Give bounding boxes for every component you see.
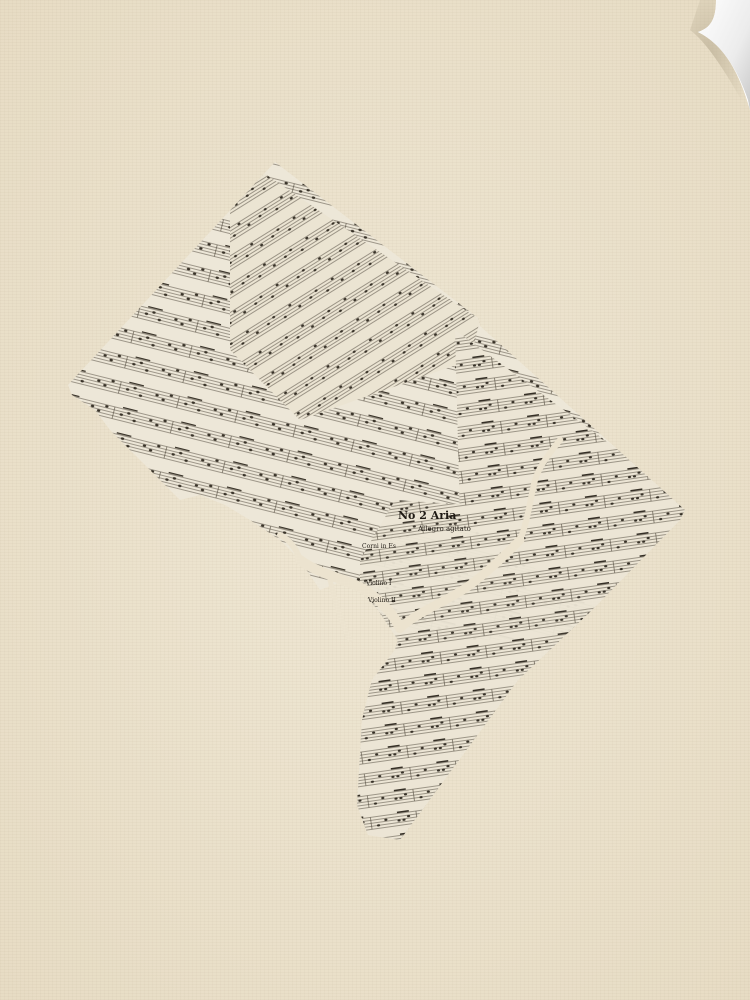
instrument-label-2: Violino I xyxy=(365,580,392,587)
dc-map-silhouette: No 2 Aria Allegro agitato Corni in Es Vi… xyxy=(0,0,750,1000)
instrument-label-1: Corni in Es xyxy=(362,543,396,550)
tempo-marking: Allegro agitato xyxy=(417,525,471,533)
aria-title: No 2 Aria xyxy=(398,509,456,522)
page-curl xyxy=(660,0,750,120)
instrument-label-3: Violino II xyxy=(367,597,396,604)
